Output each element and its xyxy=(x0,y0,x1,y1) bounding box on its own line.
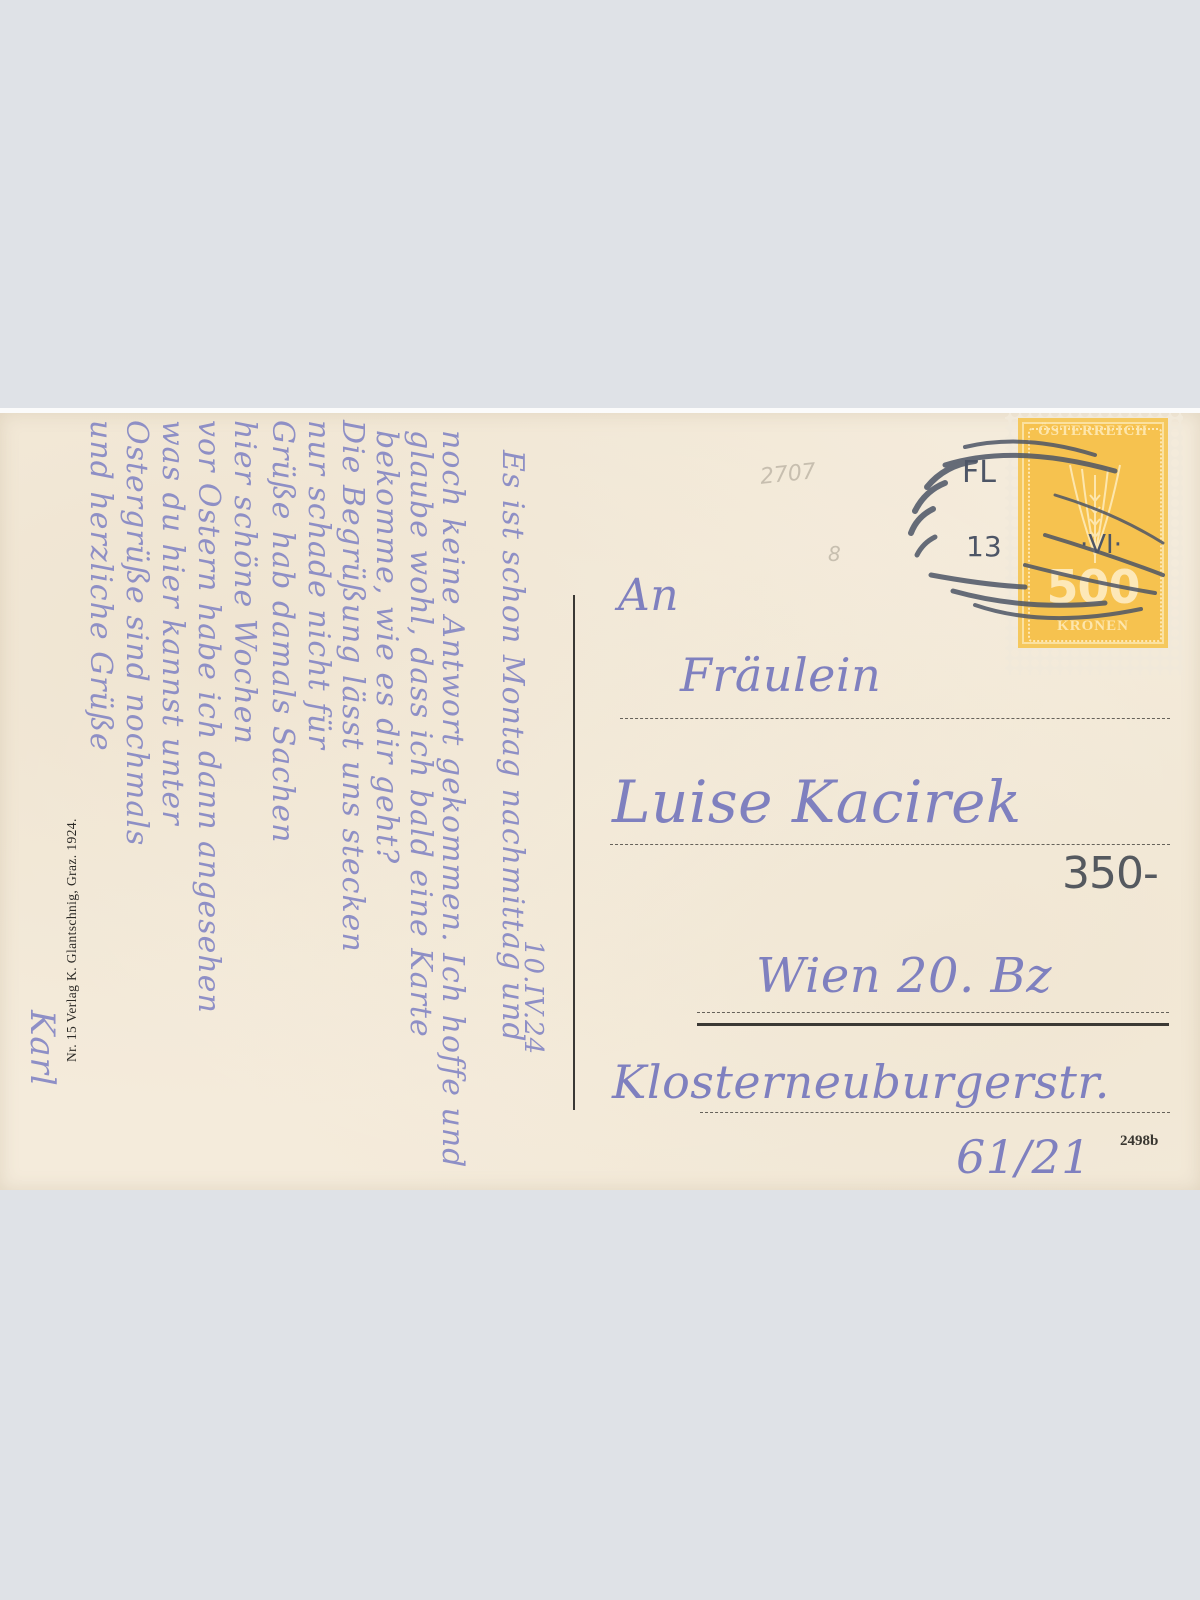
postmark-month: ·VI· xyxy=(1080,530,1122,560)
message-signature: Karl xyxy=(22,1010,62,1087)
catalog-number: 2498b xyxy=(1120,1133,1158,1150)
message-line: und herzliche Grüße xyxy=(83,420,118,752)
message-line: hier schöne Wochen xyxy=(227,420,262,745)
message-line: nur schade nicht für xyxy=(301,420,336,750)
postmark-town: FL xyxy=(962,455,996,490)
address-title: Fräulein xyxy=(680,648,881,702)
address-name: Luise Kacirek xyxy=(612,768,1022,836)
pencil-mark-small: 8 xyxy=(828,542,841,566)
center-divider-line xyxy=(573,595,575,1110)
address-house-number: 61/21 xyxy=(956,1130,1091,1184)
address-line-2 xyxy=(610,844,1170,845)
message-line: Grüße hab damals Sachen xyxy=(265,420,300,844)
message-line: bekomme, wie es dir geht? xyxy=(369,430,404,864)
address-line-3 xyxy=(697,1012,1169,1013)
address-city-underline xyxy=(697,1023,1169,1026)
message-line: glaube wohl, dass ich bald eine Karte xyxy=(403,430,438,1038)
publisher-imprint: Nr. 15 Verlag K. Glantschnig, Graz. 1924… xyxy=(64,818,80,1062)
address-city: Wien 20. Bz xyxy=(756,948,1052,1004)
address-street: Klosterneuburgerstr. xyxy=(612,1055,1110,1109)
price-note: 350- xyxy=(1062,848,1158,899)
address-line-1 xyxy=(620,718,1170,719)
address-line-4 xyxy=(700,1112,1170,1113)
message-line: Die Begrüßung lässt uns stecken xyxy=(335,420,370,953)
message-line: Es ist schon Montag nachmittag und xyxy=(495,450,530,1043)
message-line: was du hier kannst unter xyxy=(155,420,190,826)
message-line: vor Ostern habe ich dann angesehen xyxy=(191,420,226,1014)
postmark-cancellation xyxy=(905,425,1165,635)
message-line: noch keine Antwort gekommen. Ich hoffe u… xyxy=(435,430,470,1168)
address-salutation: An xyxy=(618,570,679,621)
message-line: Ostergrüße sind nochmals xyxy=(119,420,154,846)
postmark-day: 13 xyxy=(966,530,1002,563)
